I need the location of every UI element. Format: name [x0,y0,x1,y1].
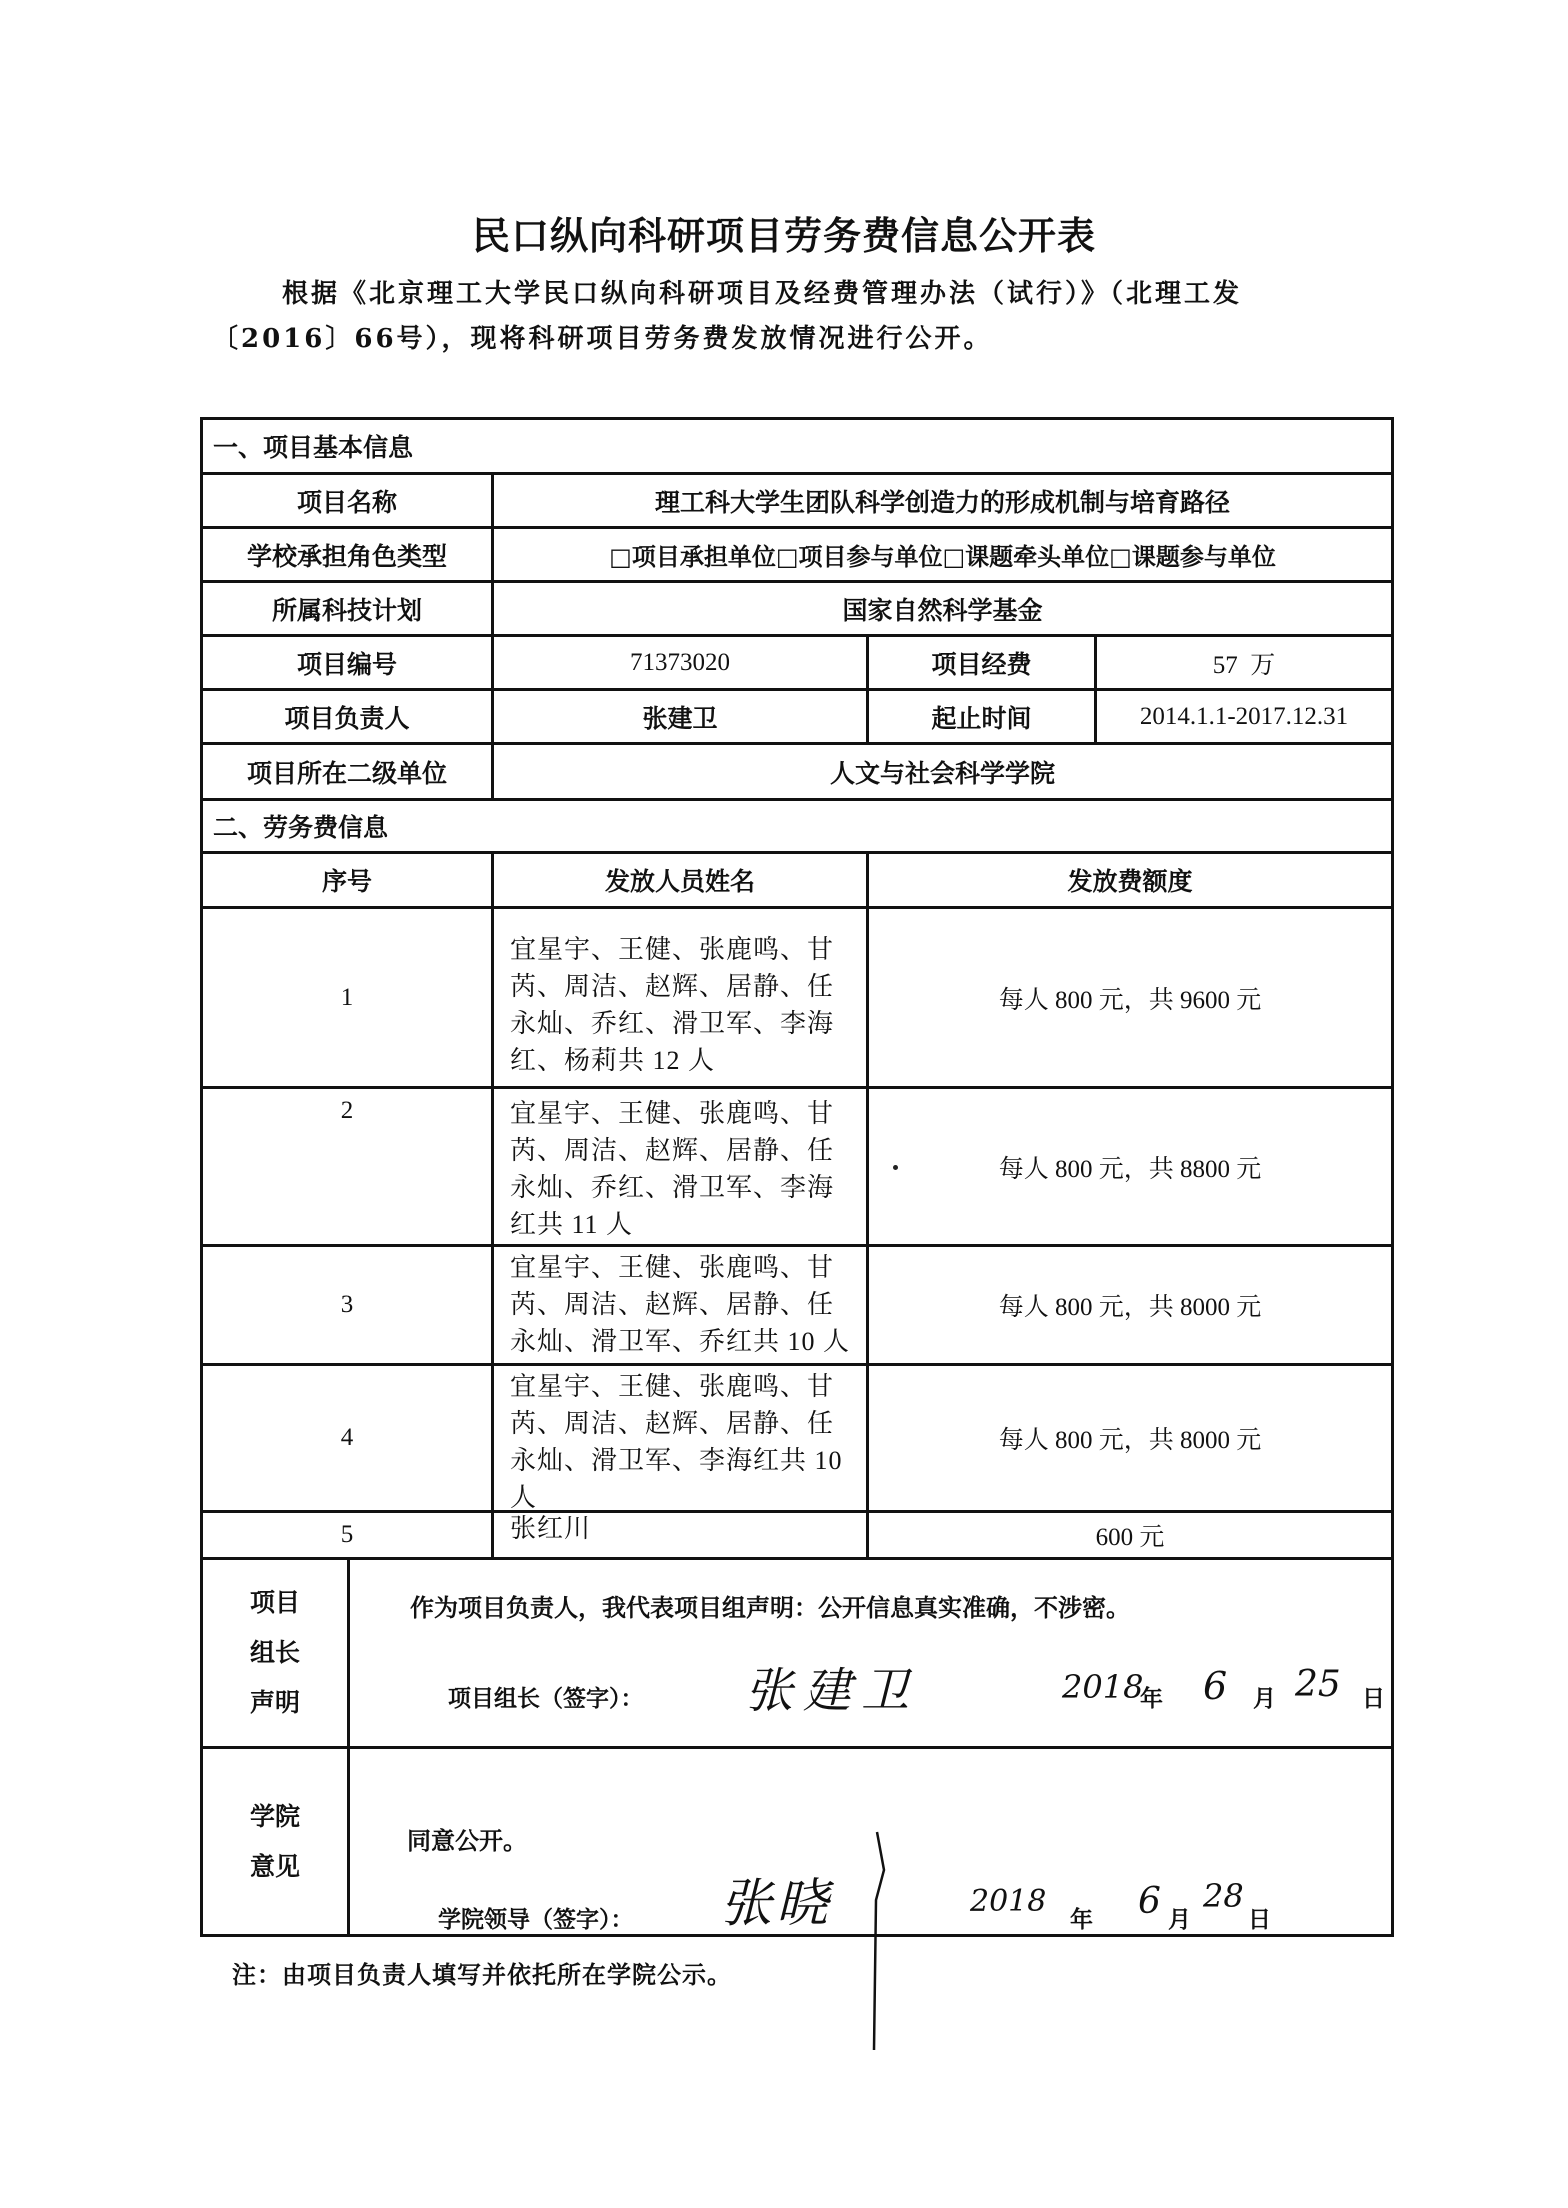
signature-stroke [0,0,1568,2208]
footnote: 注：由项目负责人填写并依托所在学院公示。 [232,1955,732,1990]
document-page: 民口纵向科研项目劳务费信息公开表 根据《北京理工大学民口纵向科研项目及经费管理办… [0,0,1568,2208]
